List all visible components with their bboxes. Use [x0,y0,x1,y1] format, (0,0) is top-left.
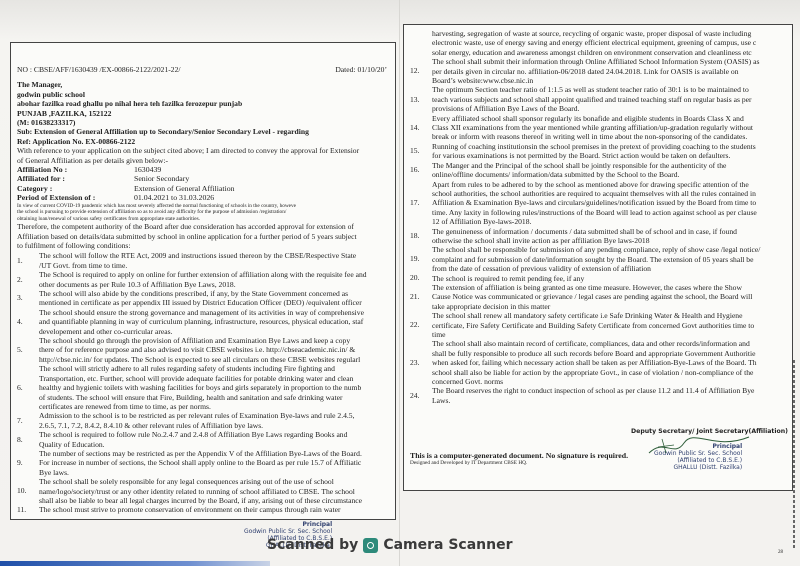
detail-label: Affiliation No : [17,165,134,174]
detail-label: Period of Extension of : [17,193,134,202]
covid-note: In view of current COVID-19 pandemic whi… [17,203,391,223]
condition-number: 22. [410,320,426,329]
condition-item: 1.The school will follow the RTE Act, 20… [17,251,391,270]
condition-item: 11.The school must strive to promote con… [17,505,391,514]
condition-number: 18. [410,231,426,240]
condition-item: 4.The school should ensure the strong go… [17,308,391,336]
condition-item: 14.Every affiliated school shall sponsor… [410,114,788,142]
detail-value: Extension of General Affiliation [134,184,235,193]
condition-text: The school will also abide by the condit… [39,289,391,308]
condition-number: 3. [17,293,33,302]
condition-text: The School is required to apply on onlin… [39,270,391,289]
condition-number: 17. [410,198,426,207]
condition-text: The number of sections may be restricted… [39,449,391,477]
condition-text: Every affiliated school shall sponsor re… [432,114,788,142]
stamp-line: (Affiliated to C.B.S.E.) [654,457,742,464]
condition-text: Apart from rules to be adhered to by the… [432,180,788,227]
condition-number: 4. [17,317,33,326]
detail-row: Affiliation No :1630439 [17,165,391,174]
approval-paragraph: Therefore, the competent authority of th… [17,222,391,250]
subject-line: Sub: Extension of General Affiliation up… [17,127,391,136]
condition-item: 16.The Manger and the Principal of the s… [410,161,788,180]
condition-item: 20.The school is required to remit pendi… [410,274,788,283]
condition-text: The school shall renew all mandatory saf… [432,311,788,339]
approval-line: to fulfilment of following conditions: [17,241,391,250]
camera-icon [363,538,378,553]
stamp-line: GHALLU (Distt. Fazilka) [654,464,742,471]
scanner-watermark: Scanned by Camera Scanner [267,537,513,553]
address-line: godwin public school [17,90,391,99]
address-line: abohar fazilka road ghallu po nihal hera… [17,99,391,108]
condition-text: The Manger and the Principal of the scho… [432,161,788,180]
stamp-line: Principal [244,521,332,528]
condition-text: The school should go through the provisi… [39,336,391,364]
recipient-address: The Manager,godwin public schoolabohar f… [17,80,391,127]
condition-text: The school shall be responsible for subm… [432,245,788,273]
letter-header: NO : CBSE/AFF/1630439 /EX-00866-2122/202… [17,65,391,74]
watermark-app-name: Camera Scanner [383,537,512,553]
continuation-line: harvesting, segregation of waste at sour… [432,29,788,38]
condition-number: 13. [410,95,426,104]
address-line: (M: 01638233317) [17,118,391,127]
condition-text: The Board reserves the right to conduct … [432,386,788,405]
condition-text: The school must strive to promote conser… [39,505,391,514]
detail-row: Period of Extension of :01.04.2021 to 31… [17,193,391,202]
condition-item: 8.The school is required to follow rule … [17,430,391,449]
scanner-bar [0,561,270,566]
condition-item: 17.Apart from rules to be adhered to by … [410,180,788,227]
condition-number: 11. [17,505,33,514]
condition-text: The school is required to remit pending … [432,274,788,283]
condition-text: The school will strictly adhere to all r… [39,364,391,411]
condition-number: 2. [17,275,33,284]
condition-item: 7.Admission to the school is to be restr… [17,411,391,430]
letter-page-1: NO : CBSE/AFF/1630439 /EX-00866-2122/202… [10,42,396,520]
reference-line: Ref: Application No. EX-00866-2122 [17,137,391,146]
condition-text: The school shall also maintain record of… [432,339,788,386]
condition-number: 20. [410,273,426,282]
condition-item: 23.The school shall also maintain record… [410,339,788,386]
reference-number: NO : CBSE/AFF/1630439 /EX-00866-2122/202… [17,65,181,74]
approval-line: Affiliation based on details/data submit… [17,232,391,241]
intro-line: With reference to your application on th… [17,146,391,155]
condition-text: Admission to the school is to be restric… [39,411,391,430]
condition-number: 9. [17,458,33,467]
continuation-text: harvesting, segregation of waste at sour… [432,29,788,57]
page-fold-line [399,0,400,566]
condition-text: The school shall submit their informatio… [432,57,788,85]
condition-text: The extension of affiliation is being gr… [432,283,788,311]
continuation-line: solar energy, education and awareness am… [432,48,788,57]
condition-number: 23. [410,358,426,367]
condition-number: 15. [410,146,426,155]
condition-number: 19. [410,254,426,263]
detail-value: 1630439 [134,165,161,174]
condition-number: 6. [17,383,33,392]
conditions-list-continued: 12.The school shall submit their informa… [410,57,788,405]
condition-text: The school shall be solely responsible f… [39,477,391,505]
detail-value: Senior Secondary [134,174,189,183]
address-line: PUNJAB ,FAZILKA, 152122 [17,109,391,118]
intro-paragraph: With reference to your application on th… [17,146,391,165]
signature-mark [644,433,754,457]
condition-text: Running of coaching institutionsin the s… [432,142,788,161]
condition-item: 10.The school shall be solely responsibl… [17,477,391,505]
condition-number: 7. [17,416,33,425]
condition-item: 24.The Board reserves the right to condu… [410,386,788,405]
condition-text: The optimum Section teacher ratio of 1:1… [432,85,788,113]
intro-line: of General Affiliation as per details gi… [17,156,391,165]
condition-item: 22.The school shall renew all mandatory … [410,311,788,339]
detail-label: Category : [17,184,134,193]
detail-row: Category :Extension of General Affiliati… [17,184,391,193]
detail-label: Affiliated for : [17,174,134,183]
condition-text: The school is required to follow rule No… [39,430,391,449]
condition-text: The school should ensure the strong gove… [39,308,391,336]
condition-item: 19.The school shall be responsible for s… [410,245,788,273]
affiliation-details: Affiliation No :1630439Affiliated for :S… [17,165,391,203]
condition-item: 21.The extension of affiliation is being… [410,283,788,311]
letter-page-2: harvesting, segregation of waste at sour… [403,24,793,491]
address-line: The Manager, [17,80,391,89]
condition-item: 13.The optimum Section teacher ratio of … [410,85,788,113]
watermark-text: Scanned by [267,537,358,553]
condition-number: 1. [17,256,33,265]
condition-number: 12. [410,66,426,75]
condition-number: 8. [17,435,33,444]
condition-item: 12.The school shall submit their informa… [410,57,788,85]
condition-text: The genuineness of information / documen… [432,227,788,246]
detail-row: Affiliated for :Senior Secondary [17,174,391,183]
approval-line: Therefore, the competent authority of th… [17,222,391,231]
condition-item: 5.The school should go through the provi… [17,336,391,364]
condition-item: 6.The school will strictly adhere to all… [17,364,391,411]
page-mark: 28 [778,548,783,557]
page-edge [793,360,795,550]
condition-item: 15.Running of coaching institutionsin th… [410,142,788,161]
conditions-list: 1.The school will follow the RTE Act, 20… [17,251,391,514]
condition-number: 21. [410,292,426,301]
condition-number: 14. [410,123,426,132]
condition-text: The school will follow the RTE Act, 2009… [39,251,391,270]
condition-item: 9.The number of sections may be restrict… [17,449,391,477]
condition-item: 2.The School is required to apply on onl… [17,270,391,289]
condition-number: 10. [17,486,33,495]
condition-number: 24. [410,391,426,400]
continuation-line: electronic waste, use of energy saving a… [432,38,788,47]
detail-value: 01.04.2021 to 31.03.2026 [134,193,214,202]
condition-item: 18.The genuineness of information / docu… [410,227,788,246]
letter-date: Dated: 01/10/20’ [335,65,387,74]
condition-number: 16. [410,165,426,174]
stamp-line: Godwin Public Sr. Sec. School [244,528,332,535]
condition-number: 5. [17,345,33,354]
condition-item: 3.The school will also abide by the cond… [17,289,391,308]
